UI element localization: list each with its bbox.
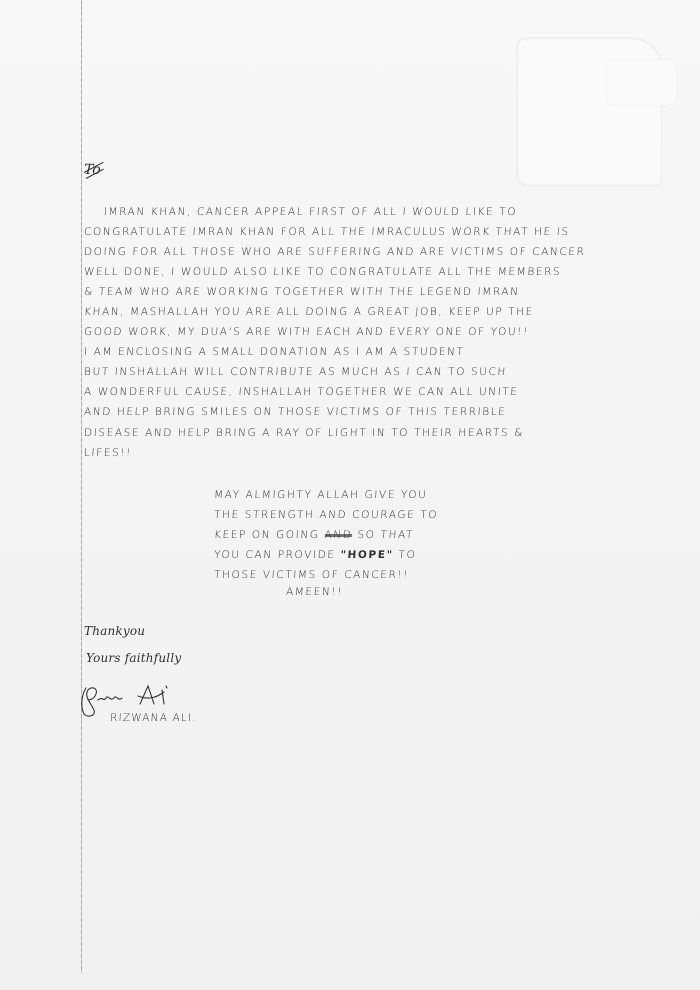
closing-valediction: Yours faithfully (86, 651, 181, 665)
prayer-text: to (393, 549, 416, 561)
letter-body-line: and help bring smiles on those victims o… (84, 406, 507, 418)
margin-line (81, 0, 82, 973)
letter-body-line: but Inshallah will contribute as much as… (84, 366, 508, 378)
struck-out-word: and (324, 529, 353, 541)
letter-body-line: a wonderful cause, Inshallah together we… (84, 386, 519, 398)
letter-body-line: well done, I would also like to congratu… (84, 266, 562, 278)
letter-body-line: Khan, Mashallah you are all doing a grea… (84, 306, 535, 318)
prayer-text: so that (357, 529, 414, 541)
correction-fluid-mark (517, 38, 662, 186)
prayer-line: keep on going and so that (214, 529, 415, 541)
prayer-line: May Almighty Allah give you (214, 489, 428, 501)
prayer-line: you can provide "HOPE" to (214, 549, 417, 561)
closing-thanks: Thankyou (84, 624, 145, 638)
letter-body-line: I am enclosing a small donation as I am … (84, 346, 465, 358)
letter-body-line: & team who are working together with the… (84, 286, 520, 298)
prayer-line: those victims of cancer!! (214, 569, 410, 581)
prayer-text: keep on going (214, 529, 320, 541)
letter-body-line: lifes!! (84, 447, 133, 459)
prayer-ameen: Ameen!! (286, 586, 344, 598)
letter-body-line: Imran Khan, Cancer Appeal first of all I… (84, 206, 518, 218)
hope-emphasis: "HOPE" (340, 549, 394, 561)
letter-body-line: disease and help bring a ray of light in… (84, 427, 525, 439)
prayer-line: the strength and courage to (214, 509, 439, 521)
letter-body-line: congratulate Imran Khan for all the imra… (84, 226, 570, 238)
prayer-text: you can provide (214, 549, 341, 561)
handwritten-letter-page: To Imran Khan, Cancer Appeal first of al… (0, 0, 700, 990)
letter-body-line: good work, my dua's are with each and ev… (84, 326, 529, 338)
letter-body-line: doing for all those who are suffering an… (84, 246, 586, 258)
printed-name: Rizwana Ali. (110, 712, 197, 724)
